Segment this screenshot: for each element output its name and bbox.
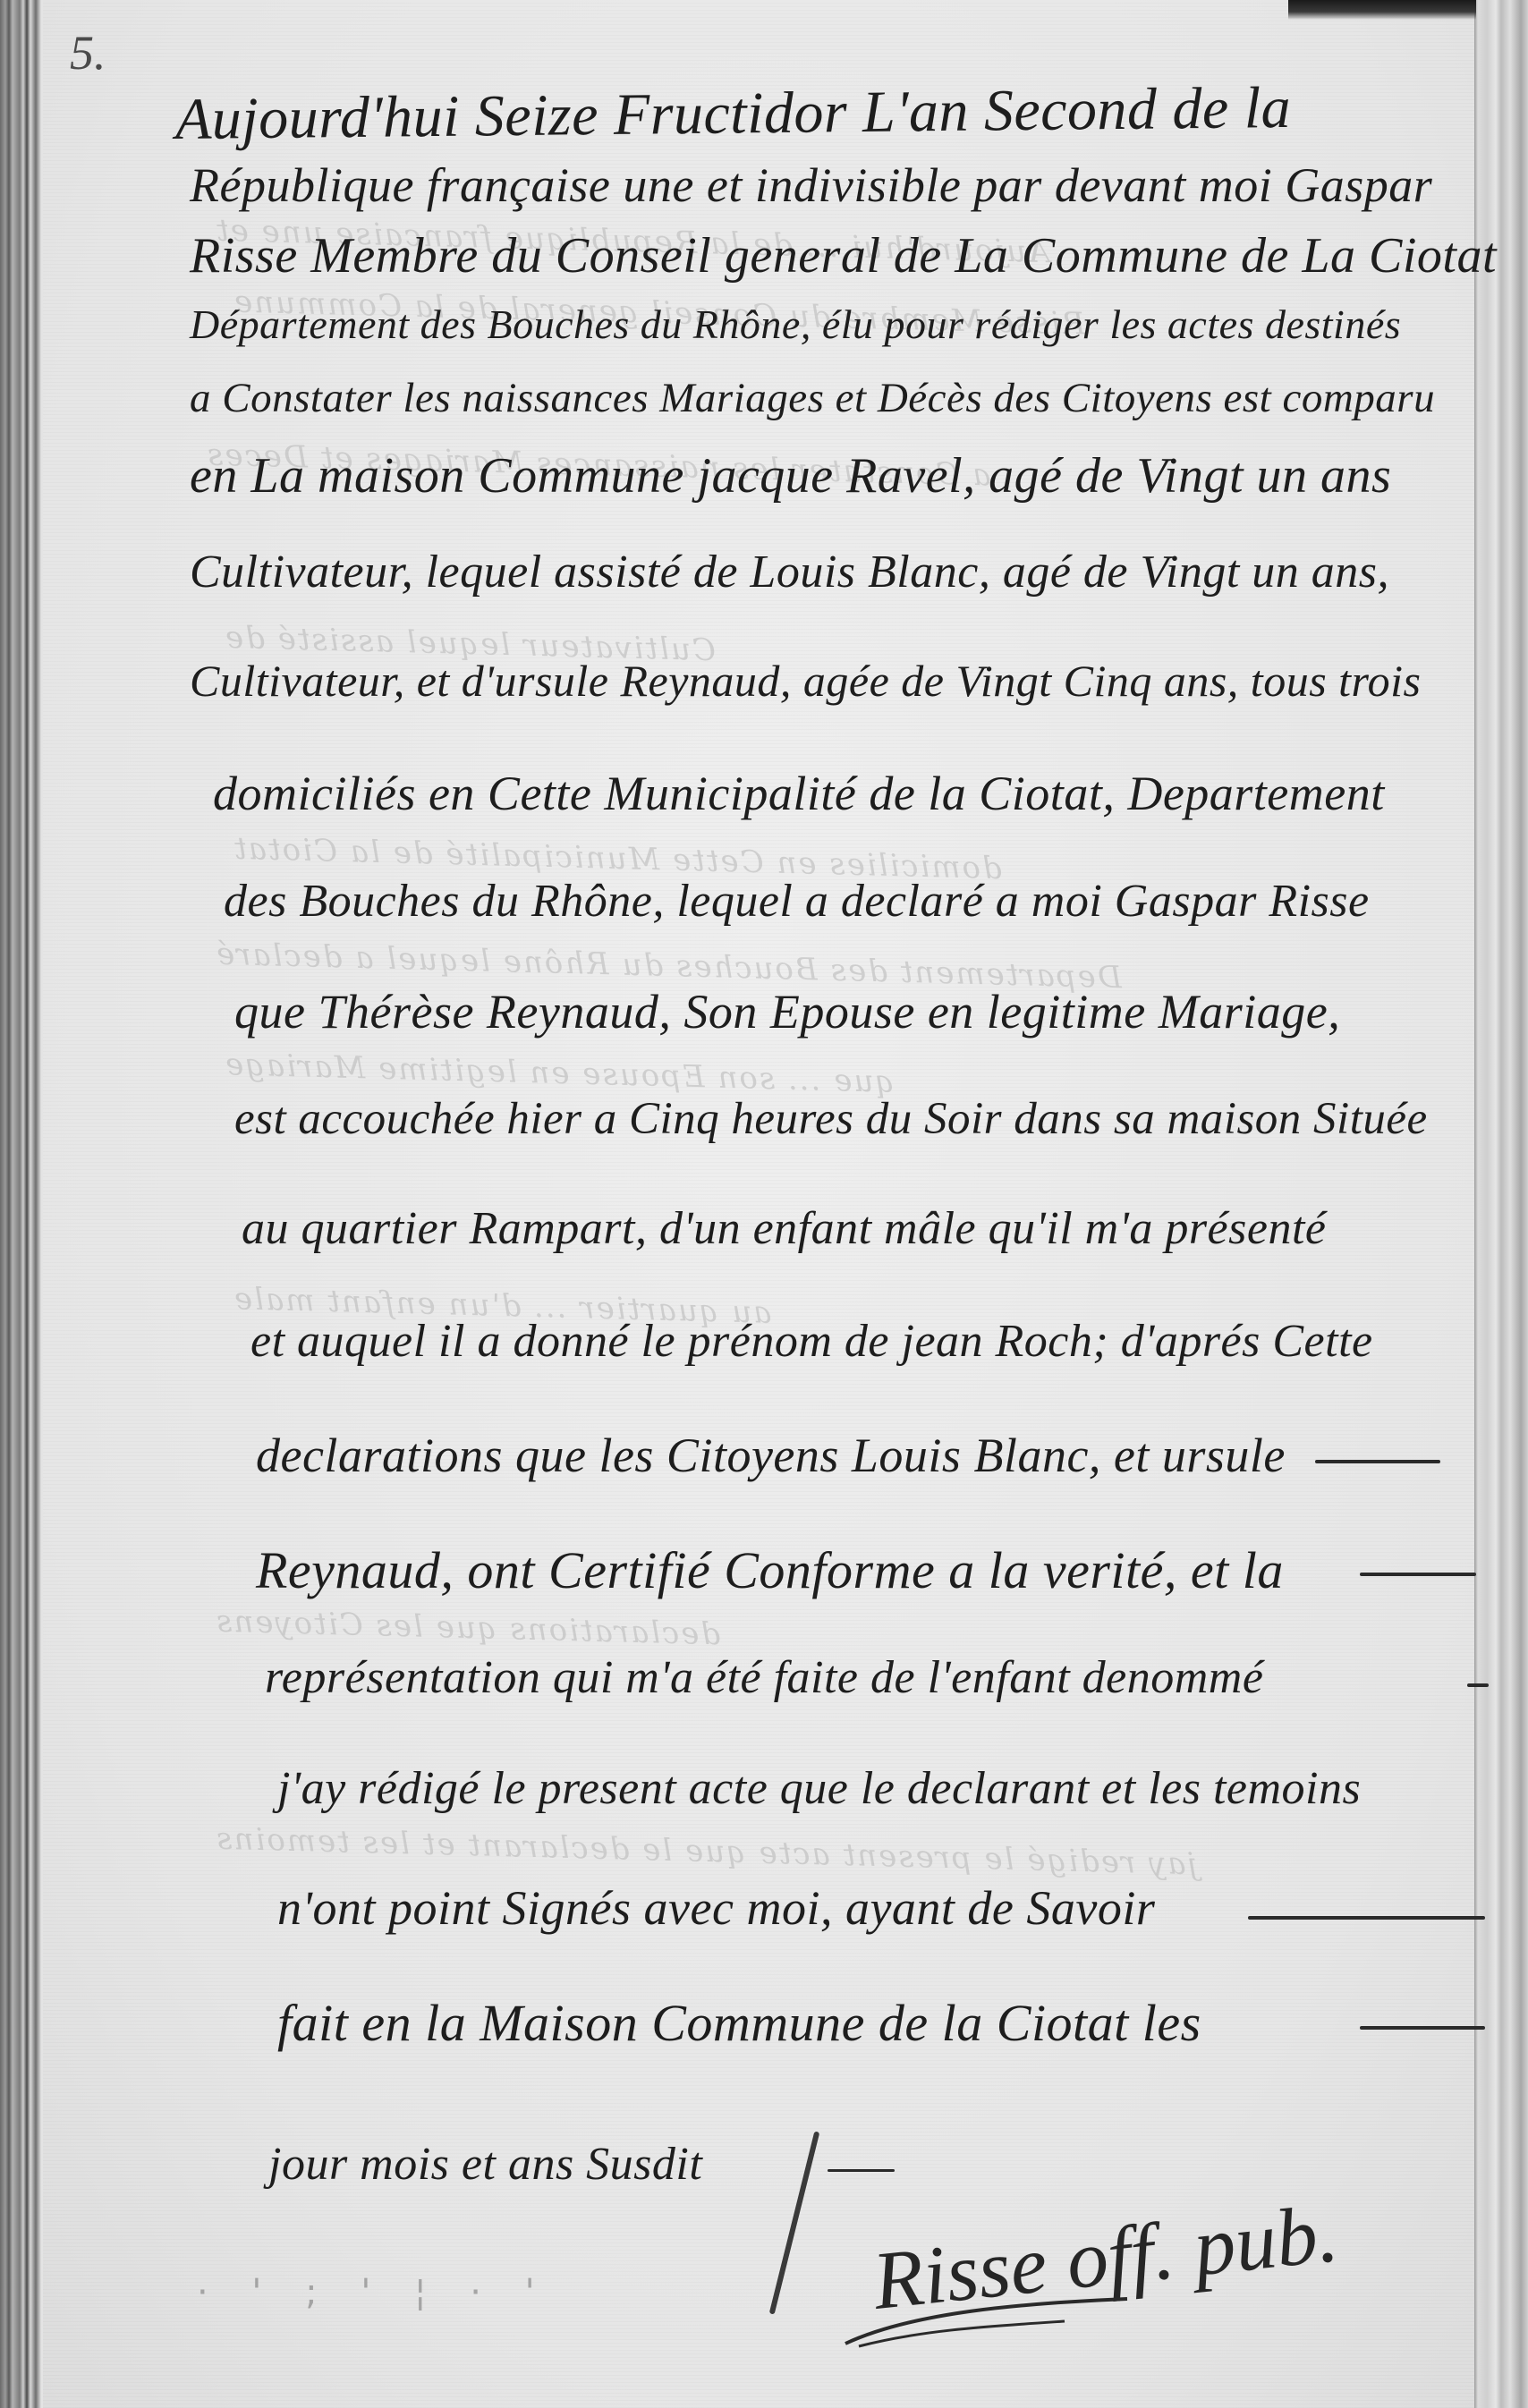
top-shadow (1288, 0, 1476, 20)
bleed-through-text: jay redigé le present acte que le declar… (215, 1821, 1198, 1883)
line-filler-dash (1315, 1460, 1440, 1463)
text-line-19: n'ont point Signés avec moi, ayant de Sa… (277, 1880, 1155, 1936)
book-binding (0, 0, 43, 2408)
folio-number: 5. (70, 25, 106, 81)
closing-slash-stroke (769, 2131, 820, 2314)
text-line-18: j'ay rédigé le present acte que le decla… (277, 1762, 1361, 1815)
faint-ink-marks: · ' ; ' ¦ · ' (197, 2272, 551, 2313)
text-line-5: a Constater les naissances Mariages et D… (190, 374, 1435, 422)
text-line-15: declarations que les Citoyens Louis Blan… (256, 1428, 1286, 1483)
text-line-13: au quartier Rampart, d'un enfant mâle qu… (242, 1202, 1326, 1255)
text-line-3: Risse Membre du Conseil general de La Co… (190, 227, 1497, 284)
text-line-14: et auquel il a donné le prénom de jean R… (250, 1315, 1373, 1368)
bleed-through-text: declarations que les Citoyens (215, 1604, 721, 1653)
line-filler-dash (1467, 1683, 1489, 1687)
text-line-21: jour mois et ans Susdit (268, 2138, 702, 2191)
line-filler-dash (1360, 1573, 1476, 1576)
text-line-4: Département des Bouches du Rhône, élu po… (190, 301, 1401, 348)
line-filler-dash (1360, 2026, 1485, 2030)
bleed-through-text: que ... son Epouse en legitime Mariage (224, 1047, 896, 1100)
document-page: Aujourd'hui ... de la Republique francai… (0, 0, 1528, 2408)
text-line-2: République française une et indivisible … (190, 157, 1432, 213)
signature-flourish (841, 2294, 1217, 2348)
text-line-10: des Bouches du Rhône, lequel a declaré a… (224, 875, 1370, 928)
closing-dash (828, 2169, 895, 2172)
text-line-1: Aujourd'hui Seize Fructidor L'an Second … (175, 74, 1292, 154)
text-line-20: fait en la Maison Commune de la Ciotat l… (277, 1993, 1201, 2053)
text-line-9: domiciliés en Cette Municipalité de la C… (213, 766, 1385, 821)
text-line-6: en La maison Commune jacque Ravel, agé d… (190, 447, 1391, 504)
text-line-8: Cultivateur, et d'ursule Reynaud, agée d… (190, 655, 1422, 707)
text-line-17: représentation qui m'a été faite de l'en… (265, 1651, 1263, 1704)
text-line-7: Cultivateur, lequel assisté de Louis Bla… (190, 546, 1389, 598)
text-line-12: est accouchée hier a Cinq heures du Soir… (234, 1093, 1428, 1145)
page-edge-stack (1474, 0, 1528, 2408)
line-filler-dash (1248, 1916, 1485, 1920)
text-line-11: que Thérèse Reynaud, Son Epouse en legit… (234, 984, 1340, 1039)
text-line-16: Reynaud, ont Certifié Conforme a la veri… (256, 1540, 1284, 1600)
